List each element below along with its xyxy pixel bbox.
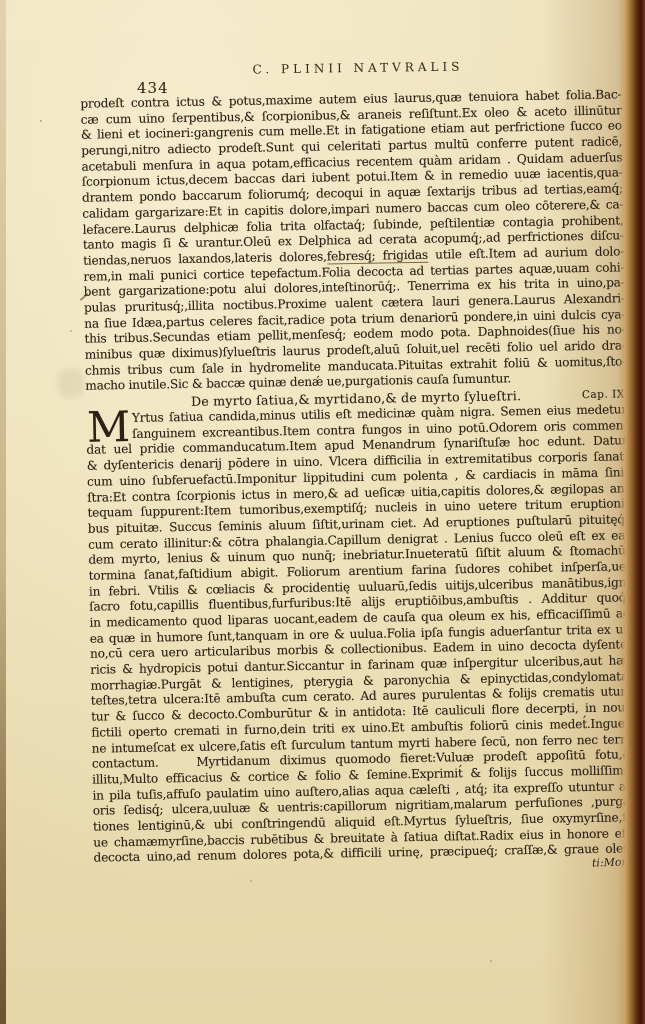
book-page-scan: C. PLINII NATVRALIS 434 prodeſt contra i… xyxy=(0,0,645,1024)
paragraph-myrtus: dat uel pridie commanducatum.Item apud M… xyxy=(86,434,634,867)
show-through-smudge xyxy=(58,368,84,398)
running-head: C. PLINII NATVRALIS xyxy=(88,57,628,79)
paper-speckles xyxy=(40,120,42,122)
ink-underlined-phrase: febresq́; frigidas xyxy=(327,248,428,265)
paragraph-laurus: prodeſt contra ictus & potus,maxime aute… xyxy=(80,87,626,394)
page-left-edge xyxy=(0,0,6,1024)
drop-cap-initial: M xyxy=(87,411,131,443)
text-block: prodeſt contra ictus & potus,maxime aute… xyxy=(80,87,634,866)
book-fore-edge xyxy=(618,0,645,1024)
page-number: 434 xyxy=(137,79,169,97)
